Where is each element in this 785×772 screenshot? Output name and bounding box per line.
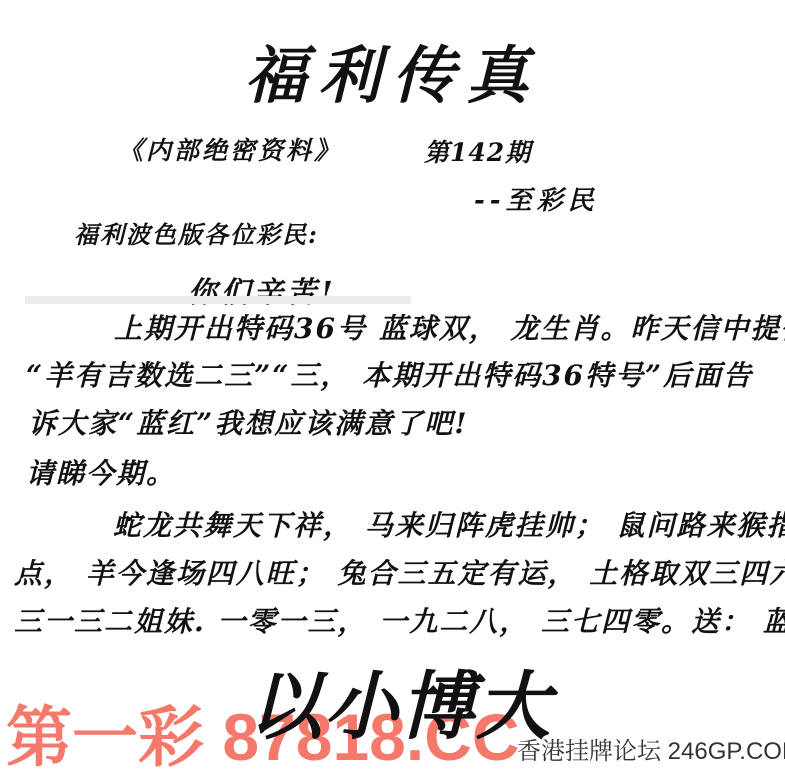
greeting-line: 你们辛苦! xyxy=(188,270,337,311)
letter-line: 上期开出特码36号 蓝球双， 龙生肖。昨天信中提供 xyxy=(114,307,785,347)
salutation-line: 福利波色版各位彩民: xyxy=(74,215,319,250)
forum-text: 香港挂牌论坛 246GP.COM xyxy=(517,731,785,766)
page-title: 福利传真 xyxy=(0,26,785,115)
poem-line: 点， 羊今逢场四八旺； 兔合三五定有运， 土格取双三四六。 xyxy=(14,552,785,592)
letter-line: 请睇今期。 xyxy=(26,452,176,492)
fax-document: 福利传真 《内部绝密资料》 第142期 --至彩民 福利波色版各位彩民: 你们辛… xyxy=(0,0,785,772)
issue-number: 第142期 xyxy=(424,133,531,169)
dedication-line: --至彩民 xyxy=(474,180,599,217)
slogan-text: 以小博大 xyxy=(248,648,552,754)
scan-artifact-band xyxy=(25,296,411,304)
letter-line: 诉大家“蓝红”我想应该满意了吧! xyxy=(28,402,469,442)
letter-line: “羊有吉数选二三”“三， 本期开出特码36特号”后面告 xyxy=(26,354,753,394)
poem-line: 三一三二姐妹. 一零一三， 一九二八， 三七四零。送： 蓝绿 xyxy=(14,600,785,640)
source-label: 《内部绝密资料》 xyxy=(118,131,342,167)
poem-line: 蛇龙共舞天下祥， 马来归阵虎挂帅； 鼠问路来猴指 xyxy=(113,504,785,544)
